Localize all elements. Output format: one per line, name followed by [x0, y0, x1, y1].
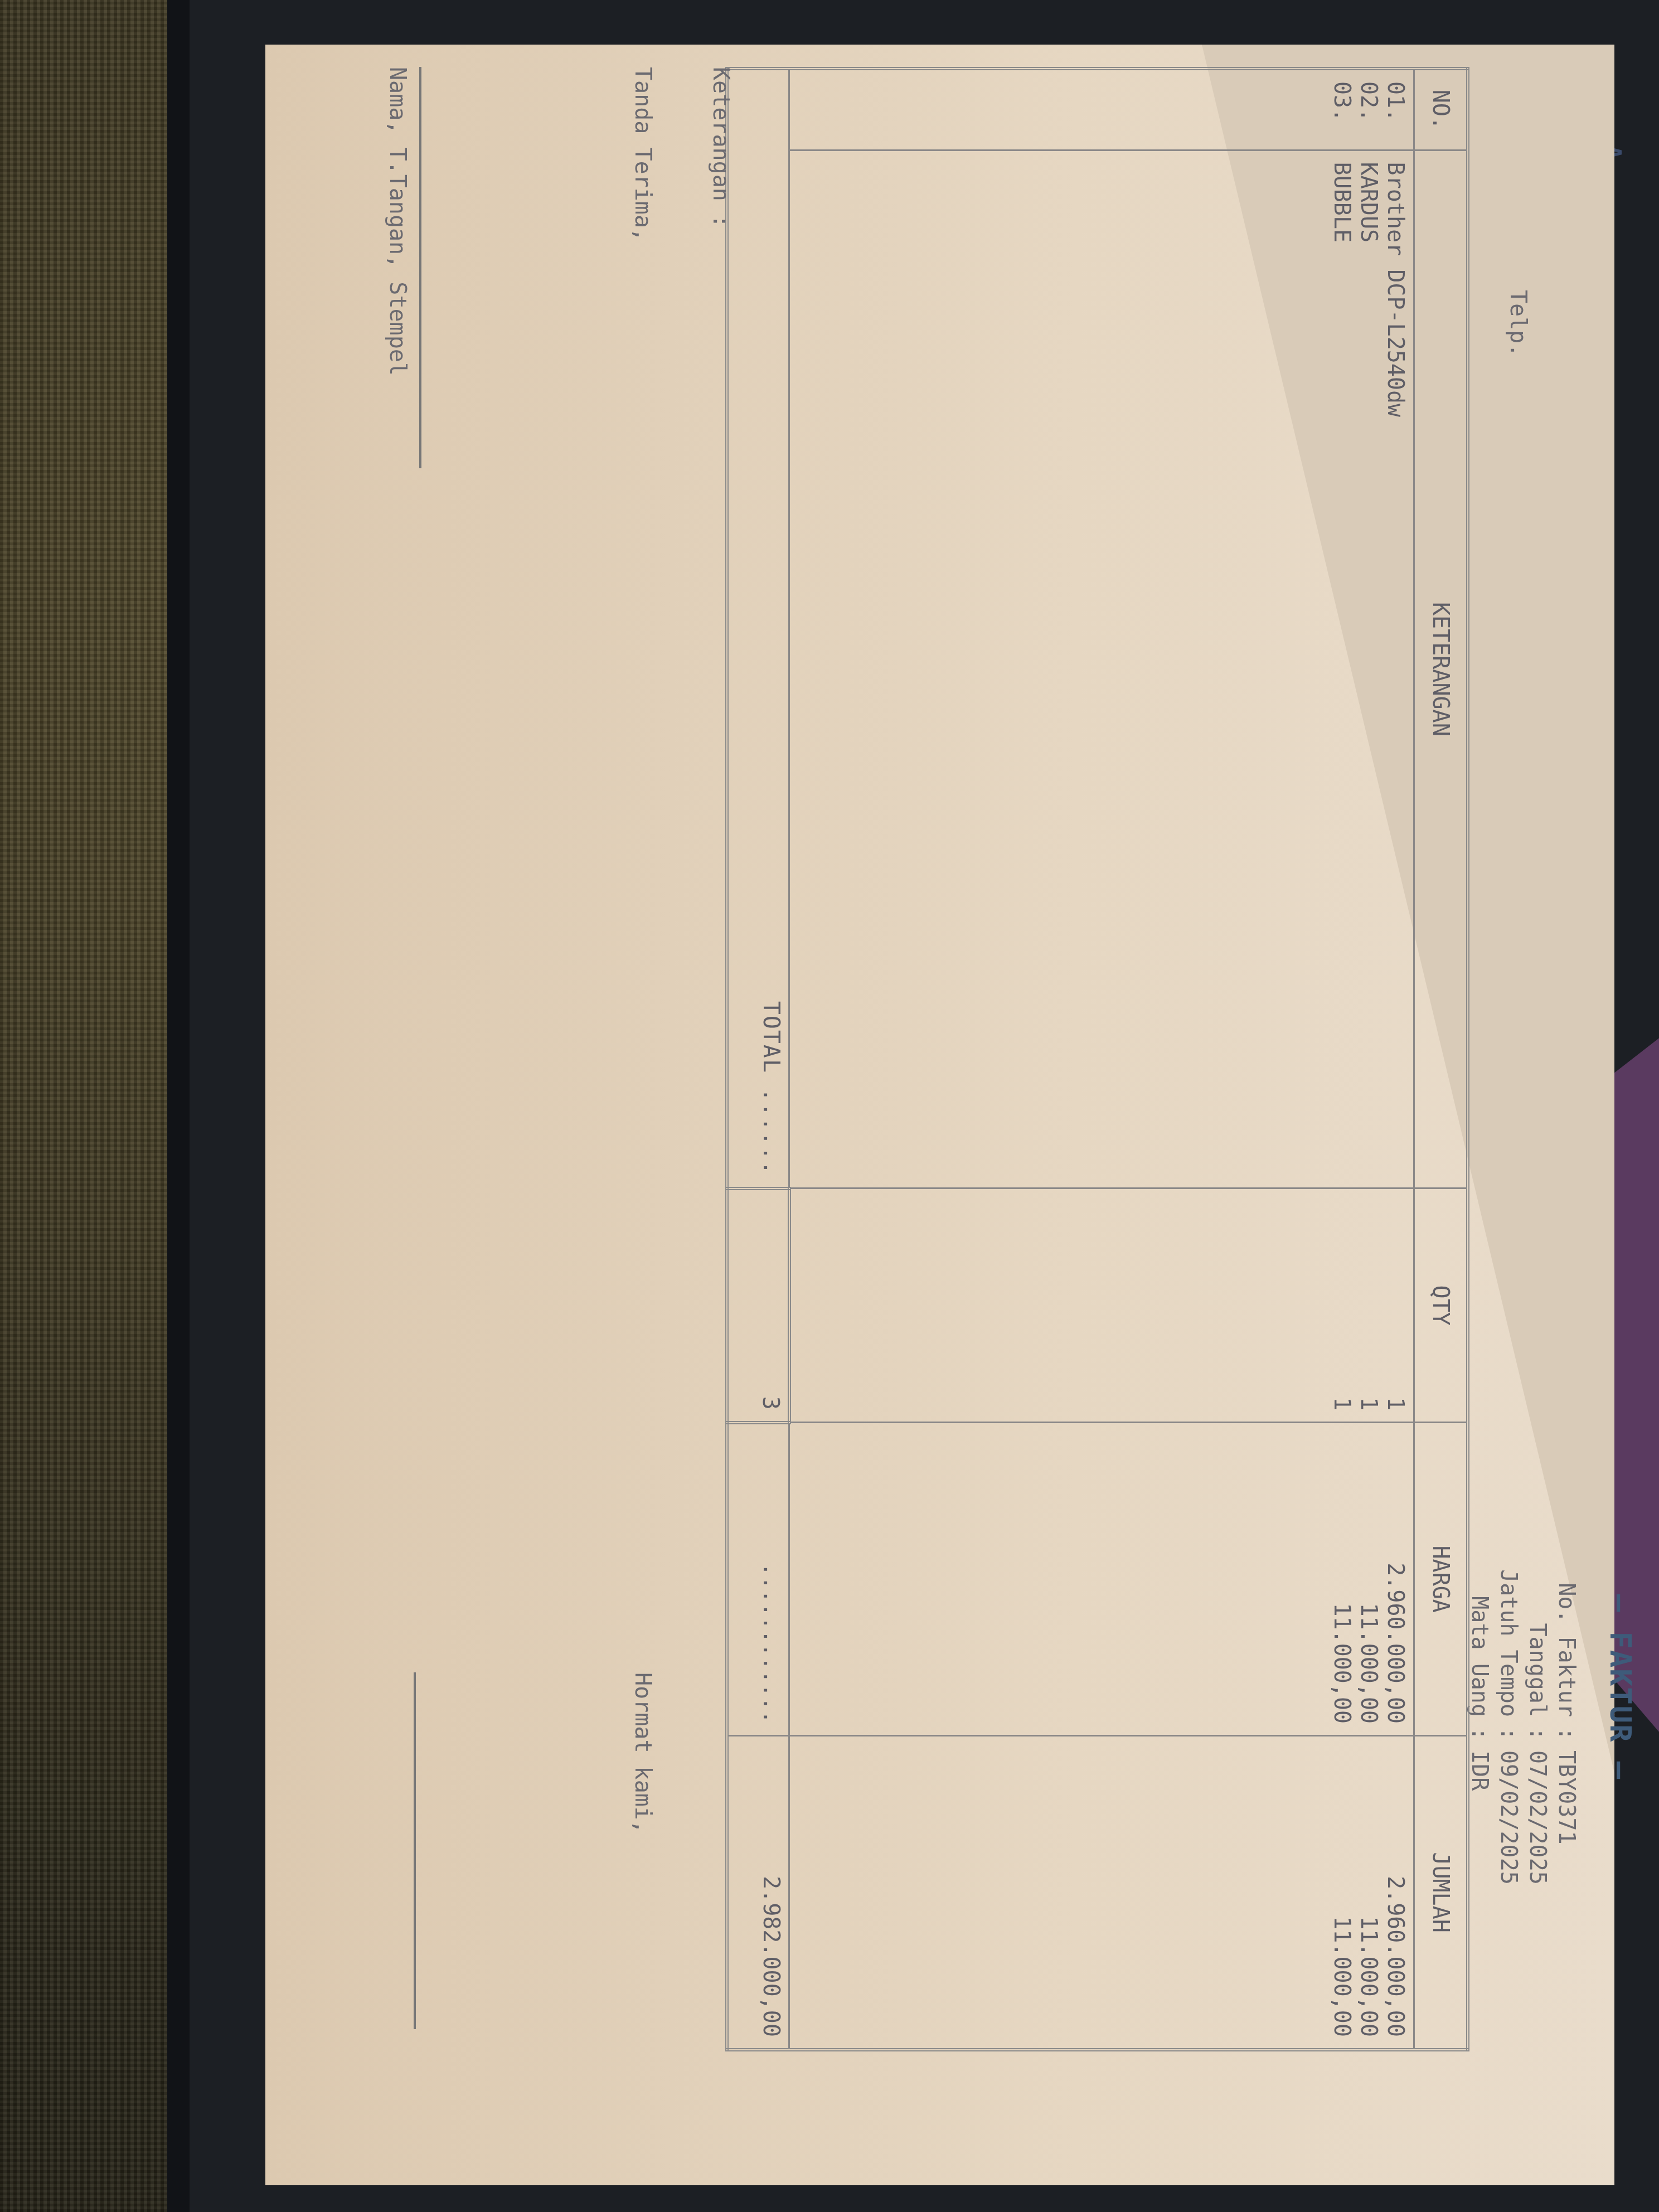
meta-value: 09/02/2025 [1494, 1750, 1523, 1885]
hormat-kami-label: Hormat kami, [630, 1672, 656, 1833]
row-jumlah: 11.000,00 [1355, 1748, 1382, 2037]
row-desc: Brother DCP-L2540dw [1382, 162, 1409, 1177]
harga-column: 2.960.000,00 11.000,00 11.000,00 [789, 1423, 1414, 1736]
receiver-signature-line [419, 67, 421, 468]
row-jumlah: 2.960.000,00 [1382, 1748, 1409, 2037]
row-harga: 11.000,00 [1328, 1434, 1355, 1724]
header-harga: HARGA [1414, 1423, 1468, 1736]
jumlah-column: 2.960.000,00 11.000,00 11.000,00 [789, 1736, 1414, 2050]
meta-due-date: Jatuh Tempo : 09/02/2025 [1494, 1561, 1523, 1885]
meta-date: Tanggal : 07/02/2025 [1523, 1561, 1552, 1885]
row-desc: BUBBLE [1328, 162, 1355, 1177]
meta-value: TBY0371 [1552, 1750, 1581, 1845]
tanda-terima-label: Tanda Terima, [630, 67, 656, 241]
invoice-stage: A a : Telp. — FAKTUR — No. Faktur : TBY0… [165, 0, 1659, 2212]
row-harga: 11.000,00 [1355, 1434, 1382, 1724]
total-dots: ............ [727, 1423, 789, 1736]
total-row: TOTAL ...... 3 ............ 2.982.000,00 [727, 69, 789, 2050]
row-no: 03. [1328, 81, 1355, 138]
invoice-meta: No. Faktur : TBY0371 Tanggal : 07/02/202… [1465, 1561, 1581, 1885]
row-qty: 1 [1355, 1200, 1382, 1410]
meta-label: Tanggal [1523, 1561, 1552, 1717]
row-desc: KARDUS [1355, 162, 1382, 1177]
meta-value: 07/02/2025 [1523, 1750, 1552, 1885]
row-harga: 2.960.000,00 [1382, 1434, 1409, 1724]
header-jumlah: JUMLAH [1414, 1736, 1468, 2050]
meta-separator: : [1494, 1717, 1523, 1750]
header-no: NO. [1414, 69, 1468, 150]
row-no: 02. [1355, 81, 1382, 138]
table-body: 01. 02. 03. Brother DCP-L2540dw KARDUS B… [789, 69, 1414, 2050]
total-qty: 3 [727, 1189, 789, 1423]
signature-caption: Nama, T.Tangan, Stempel [385, 67, 410, 376]
row-no: 01. [1382, 81, 1409, 138]
no-column: 01. 02. 03. [789, 69, 1414, 150]
desc-column: Brother DCP-L2540dw KARDUS BUBBLE [789, 150, 1414, 1189]
meta-label: No. Faktur [1552, 1561, 1581, 1717]
meta-separator: : [1552, 1717, 1581, 1750]
items-table: NO. KETERANGAN QTY HARGA JUMLAH 01. 02. … [725, 67, 1469, 2051]
row-qty: 1 [1328, 1200, 1355, 1410]
table-header-row: NO. KETERANGAN QTY HARGA JUMLAH [1414, 69, 1468, 2050]
header-qty: QTY [1414, 1189, 1468, 1423]
row-jumlah: 11.000,00 [1328, 1748, 1355, 2037]
qty-column: 1 1 1 [789, 1189, 1414, 1423]
invoice-title: — FAKTUR — [1603, 1594, 1637, 1780]
total-amount: 2.982.000,00 [727, 1736, 789, 2050]
telp-label: Telp. [1505, 290, 1531, 357]
meta-label: Jatuh Tempo [1494, 1561, 1523, 1717]
meta-invoice-number: No. Faktur : TBY0371 [1552, 1561, 1581, 1885]
row-qty: 1 [1382, 1200, 1409, 1410]
sender-signature-line [414, 1672, 416, 2029]
total-label: TOTAL ...... [727, 69, 789, 1189]
keterangan-label: Keterangan : [708, 67, 734, 228]
header-keterangan: KETERANGAN [1414, 150, 1468, 1189]
meta-separator: : [1523, 1717, 1552, 1750]
invoice-paper: A a : Telp. — FAKTUR — No. Faktur : TBY0… [265, 45, 1614, 2185]
